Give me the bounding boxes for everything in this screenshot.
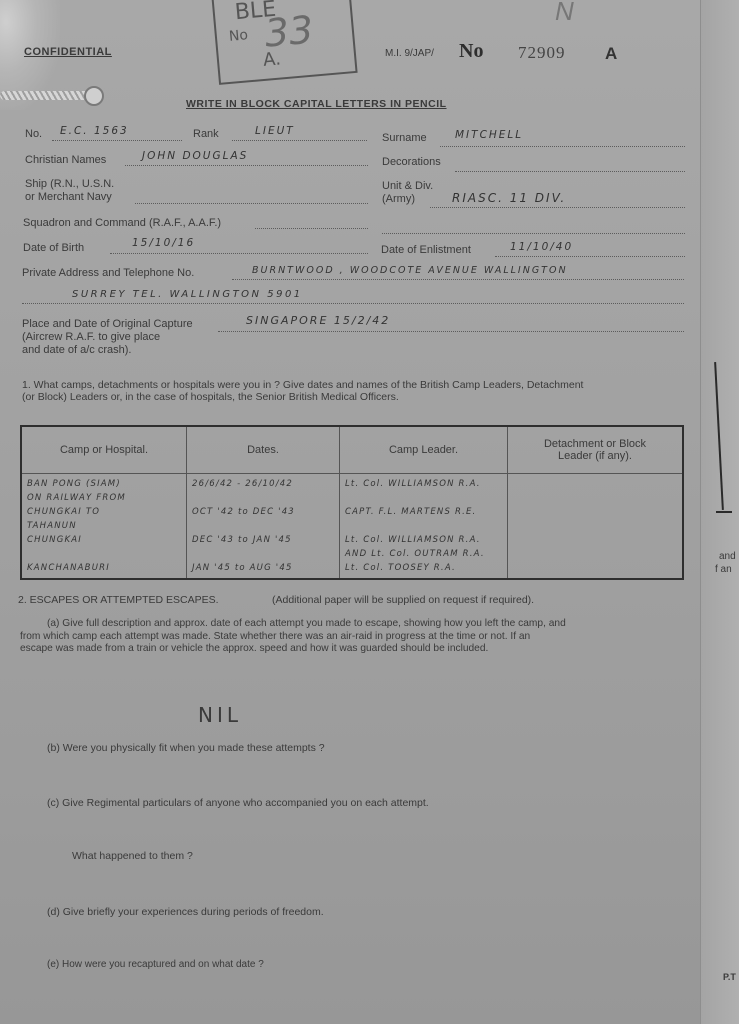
enlistment-line <box>495 256 685 257</box>
christian-names-value[interactable]: JOHN DOUGLAS <box>142 150 248 162</box>
capture-label: Place and Date of Original Capture <box>22 318 193 330</box>
section1-question-line2: (or Block) Leaders or, in the case of ho… <box>22 391 399 403</box>
leader-entry <box>345 519 502 533</box>
form-ref-prefix: M.I. 9/JAP/ <box>385 48 434 59</box>
surname-value[interactable]: MITCHELL <box>455 129 523 141</box>
no-value[interactable]: E.C. 1563 <box>60 125 129 137</box>
camp-entry: TAHANUN <box>27 519 181 533</box>
address-line2 <box>22 303 684 304</box>
question-a-line3: escape was made from a train or vehicle … <box>20 643 488 654</box>
dates-cell[interactable]: 26/6/42 - 26/10/42 OCT '42 to DEC '43 DE… <box>187 474 340 580</box>
block-capitals-instruction: WRITE IN BLOCK CAPITAL LETTERS IN PENCIL <box>186 98 447 110</box>
surname-line <box>440 146 685 147</box>
question-c: (c) Give Regimental particulars of anyon… <box>47 797 429 809</box>
squadron-label: Squadron and Command (R.A.F., A.A.F.) <box>23 217 221 229</box>
margin-text-1: and <box>719 551 736 562</box>
table-row: BAN PONG (SIAM) ON RAILWAY FROM CHUNGKAI… <box>21 474 683 580</box>
question-d: (d) Give briefly your experiences during… <box>47 906 324 918</box>
tag-string <box>0 91 95 100</box>
decorations-line[interactable] <box>455 171 685 172</box>
confidential-label: CONFIDENTIAL <box>24 46 112 58</box>
section2-title: 2. ESCAPES OR ATTEMPTED ESCAPES. <box>18 594 219 606</box>
leader-entry: AND Lt. Col. OUTRAM R.A. <box>345 547 502 561</box>
camp-entry: ON RAILWAY FROM <box>27 491 181 505</box>
col-leader-header: Camp Leader. <box>340 426 508 474</box>
underlying-sheet-tick <box>716 511 732 513</box>
enlistment-label: Date of Enlistment <box>381 244 471 256</box>
camps-table-header: Camp or Hospital. Dates. Camp Leader. De… <box>21 426 683 474</box>
camps-table: Camp or Hospital. Dates. Camp Leader. De… <box>20 425 684 580</box>
col-dates-header: Dates. <box>187 426 340 474</box>
no-line <box>52 140 182 141</box>
dob-label: Date of Birth <box>23 242 84 254</box>
rank-value[interactable]: LIEUT <box>255 125 295 137</box>
leader-entry: Lt. Col. TOOSEY R.A. <box>345 561 502 575</box>
dates-entry <box>192 491 334 505</box>
section2-note: (Additional paper will be supplied on re… <box>272 594 534 606</box>
dob-value[interactable]: 15/10/16 <box>132 237 195 249</box>
dates-entry: JAN '45 to AUG '45 <box>192 561 334 575</box>
address-value-line1[interactable]: BURNTWOOD , WOODCOTE AVENUE WALLINGTON <box>252 265 568 276</box>
dates-entry <box>192 547 334 561</box>
capture-sublabel-2: and date of a/c crash). <box>22 344 131 356</box>
leader-entry: CAPT. F.L. MARTENS R.E. <box>345 505 502 519</box>
question-a-line1: (a) Give full description and approx. da… <box>47 618 566 629</box>
stamp-no-label: No <box>228 27 248 45</box>
please-turn-over: P.T <box>723 972 736 982</box>
address-line1 <box>232 279 684 280</box>
christian-names-line <box>125 165 368 166</box>
decorations-label: Decorations <box>382 156 441 168</box>
string-knot <box>84 86 104 106</box>
col-camp-header: Camp or Hospital. <box>21 426 187 474</box>
top-scribble: N <box>555 0 574 27</box>
leader-entry: Lt. Col. WILLIAMSON R.A. <box>345 477 502 491</box>
address-value-line2[interactable]: SURREY TEL. WALLINGTON 5901 <box>72 289 303 300</box>
dates-entry: DEC '43 to JAN '45 <box>192 533 334 547</box>
detachment-cell[interactable] <box>508 474 684 580</box>
camp-entry: CHUNGKAI TO <box>27 505 181 519</box>
dates-entry: OCT '42 to DEC '43 <box>192 505 334 519</box>
unit-label-line1: Unit & Div. <box>382 180 433 192</box>
question-c-followup: What happened to them ? <box>72 850 193 862</box>
form-letter: A <box>605 44 617 64</box>
col-detachment-header: Detachment or Block Leader (if any). <box>508 426 684 474</box>
dob-line <box>110 253 368 254</box>
margin-text-2: f an <box>715 564 732 575</box>
stamp-letter: A. <box>262 48 281 70</box>
camp-entry: BAN PONG (SIAM) <box>27 477 181 491</box>
capture-sublabel-1: (Aircrew R.A.F. to give place <box>22 331 160 343</box>
question-b: (b) Were you physically fit when you mad… <box>47 742 325 754</box>
leader-entry <box>345 491 502 505</box>
camp-cell[interactable]: BAN PONG (SIAM) ON RAILWAY FROM CHUNGKAI… <box>21 474 187 580</box>
camp-entry: CHUNGKAI <box>27 533 181 547</box>
unit-line <box>430 207 685 208</box>
leader-entry: Lt. Col. WILLIAMSON R.A. <box>345 533 502 547</box>
form-number: 72909 <box>518 43 566 63</box>
ship-label-line2: or Merchant Navy <box>25 191 112 203</box>
address-label: Private Address and Telephone No. <box>22 267 194 279</box>
section1-question-line1: 1. What camps, detachments or hospitals … <box>22 379 583 391</box>
capture-line <box>218 331 684 332</box>
number-symbol: No <box>459 40 483 63</box>
unit-extra-line <box>382 233 685 234</box>
rank-label: Rank <box>193 128 219 140</box>
reference-stamp: BLE No 33 A. <box>211 0 357 85</box>
leader-cell[interactable]: Lt. Col. WILLIAMSON R.A. CAPT. F.L. MART… <box>340 474 508 580</box>
dates-entry <box>192 519 334 533</box>
dates-entry: 26/6/42 - 26/10/42 <box>192 477 334 491</box>
question-a-line2: from which camp each attempt was made. S… <box>20 631 530 642</box>
squadron-line[interactable] <box>255 228 368 229</box>
camp-entry <box>27 547 181 561</box>
capture-value[interactable]: SINGAPORE 15/2/42 <box>246 314 390 327</box>
rank-line <box>232 140 367 141</box>
surname-label: Surname <box>382 132 427 144</box>
unit-label-line2: (Army) <box>382 193 415 205</box>
question-a-answer[interactable]: NIL <box>198 703 242 727</box>
question-e: (e) How were you recaptured and on what … <box>47 959 264 970</box>
ship-line[interactable] <box>135 203 368 204</box>
christian-names-label: Christian Names <box>25 154 106 166</box>
camp-entry: KANCHANABURI <box>27 561 181 575</box>
unit-value[interactable]: RIASC. 11 DIV. <box>452 191 566 205</box>
ship-label-line1: Ship (R.N., U.S.N. <box>25 178 114 191</box>
enlistment-value[interactable]: 11/10/40 <box>510 241 573 253</box>
no-label: No. <box>25 128 42 140</box>
document-page: BLE No 33 A. N CONFIDENTIAL M.I. 9/JAP/ … <box>0 0 739 1024</box>
